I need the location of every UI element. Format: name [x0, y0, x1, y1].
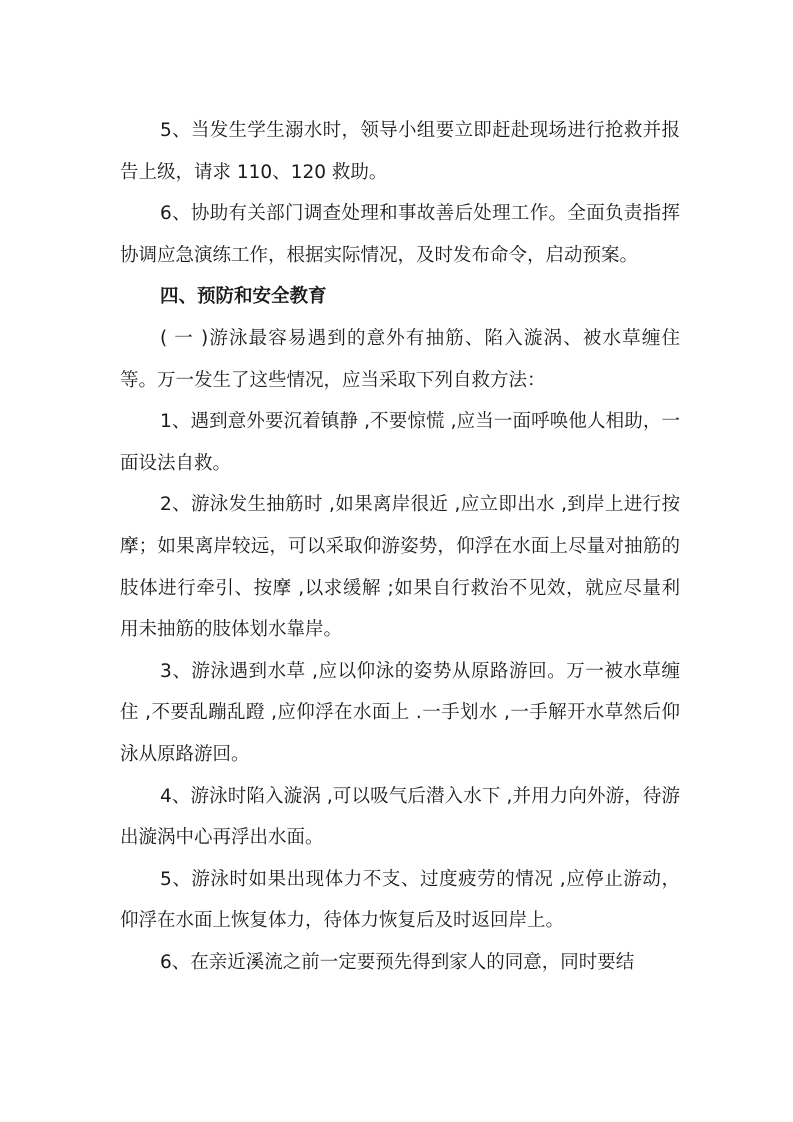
section-heading-prevention: 四、预防和安全教育 [120, 276, 680, 318]
paragraph-subsection-1-intro: ( 一 )游泳最容易遇到的意外有抽筋、陷入漩涡、被水草缠住等。万一发生了这些情况… [120, 318, 680, 401]
document-page: 5、当发生学生溺水时，领导小组要立即赶赴现场进行抢救并报告上级，请求 110、1… [120, 110, 680, 983]
paragraph-item-5-rescue: 5、当发生学生溺水时，领导小组要立即赶赴现场进行抢救并报告上级，请求 110、1… [120, 110, 680, 193]
paragraph-self-rescue-3: 3、游泳遇到水草 ,应以仰泳的姿势从原路游回。万一被水草缠住 ,不要乱蹦乱蹬 ,… [120, 651, 680, 776]
paragraph-self-rescue-4: 4、游泳时陷入漩涡 ,可以吸气后潜入水下 ,并用力向外游，待游出漩涡中心再浮出水… [120, 776, 680, 859]
paragraph-self-rescue-1: 1、遇到意外要沉着镇静 ,不要惊慌 ,应当一面呼唤他人相助，一面设法自救。 [120, 401, 680, 484]
paragraph-self-rescue-6: 6、在亲近溪流之前一定要预先得到家人的同意，同时要结 [120, 942, 680, 984]
paragraph-self-rescue-2: 2、游泳发生抽筋时 ,如果离岸很近 ,应立即出水 ,到岸上进行按摩；如果离岸较远… [120, 484, 680, 650]
paragraph-self-rescue-5: 5、游泳时如果出现体力不支、过度疲劳的情况 ,应停止游动，仰浮在水面上恢复体力，… [120, 859, 680, 942]
paragraph-item-6-assist: 6、协助有关部门调查处理和事故善后处理工作。全面负责指挥协调应急演练工作，根据实… [120, 193, 680, 276]
